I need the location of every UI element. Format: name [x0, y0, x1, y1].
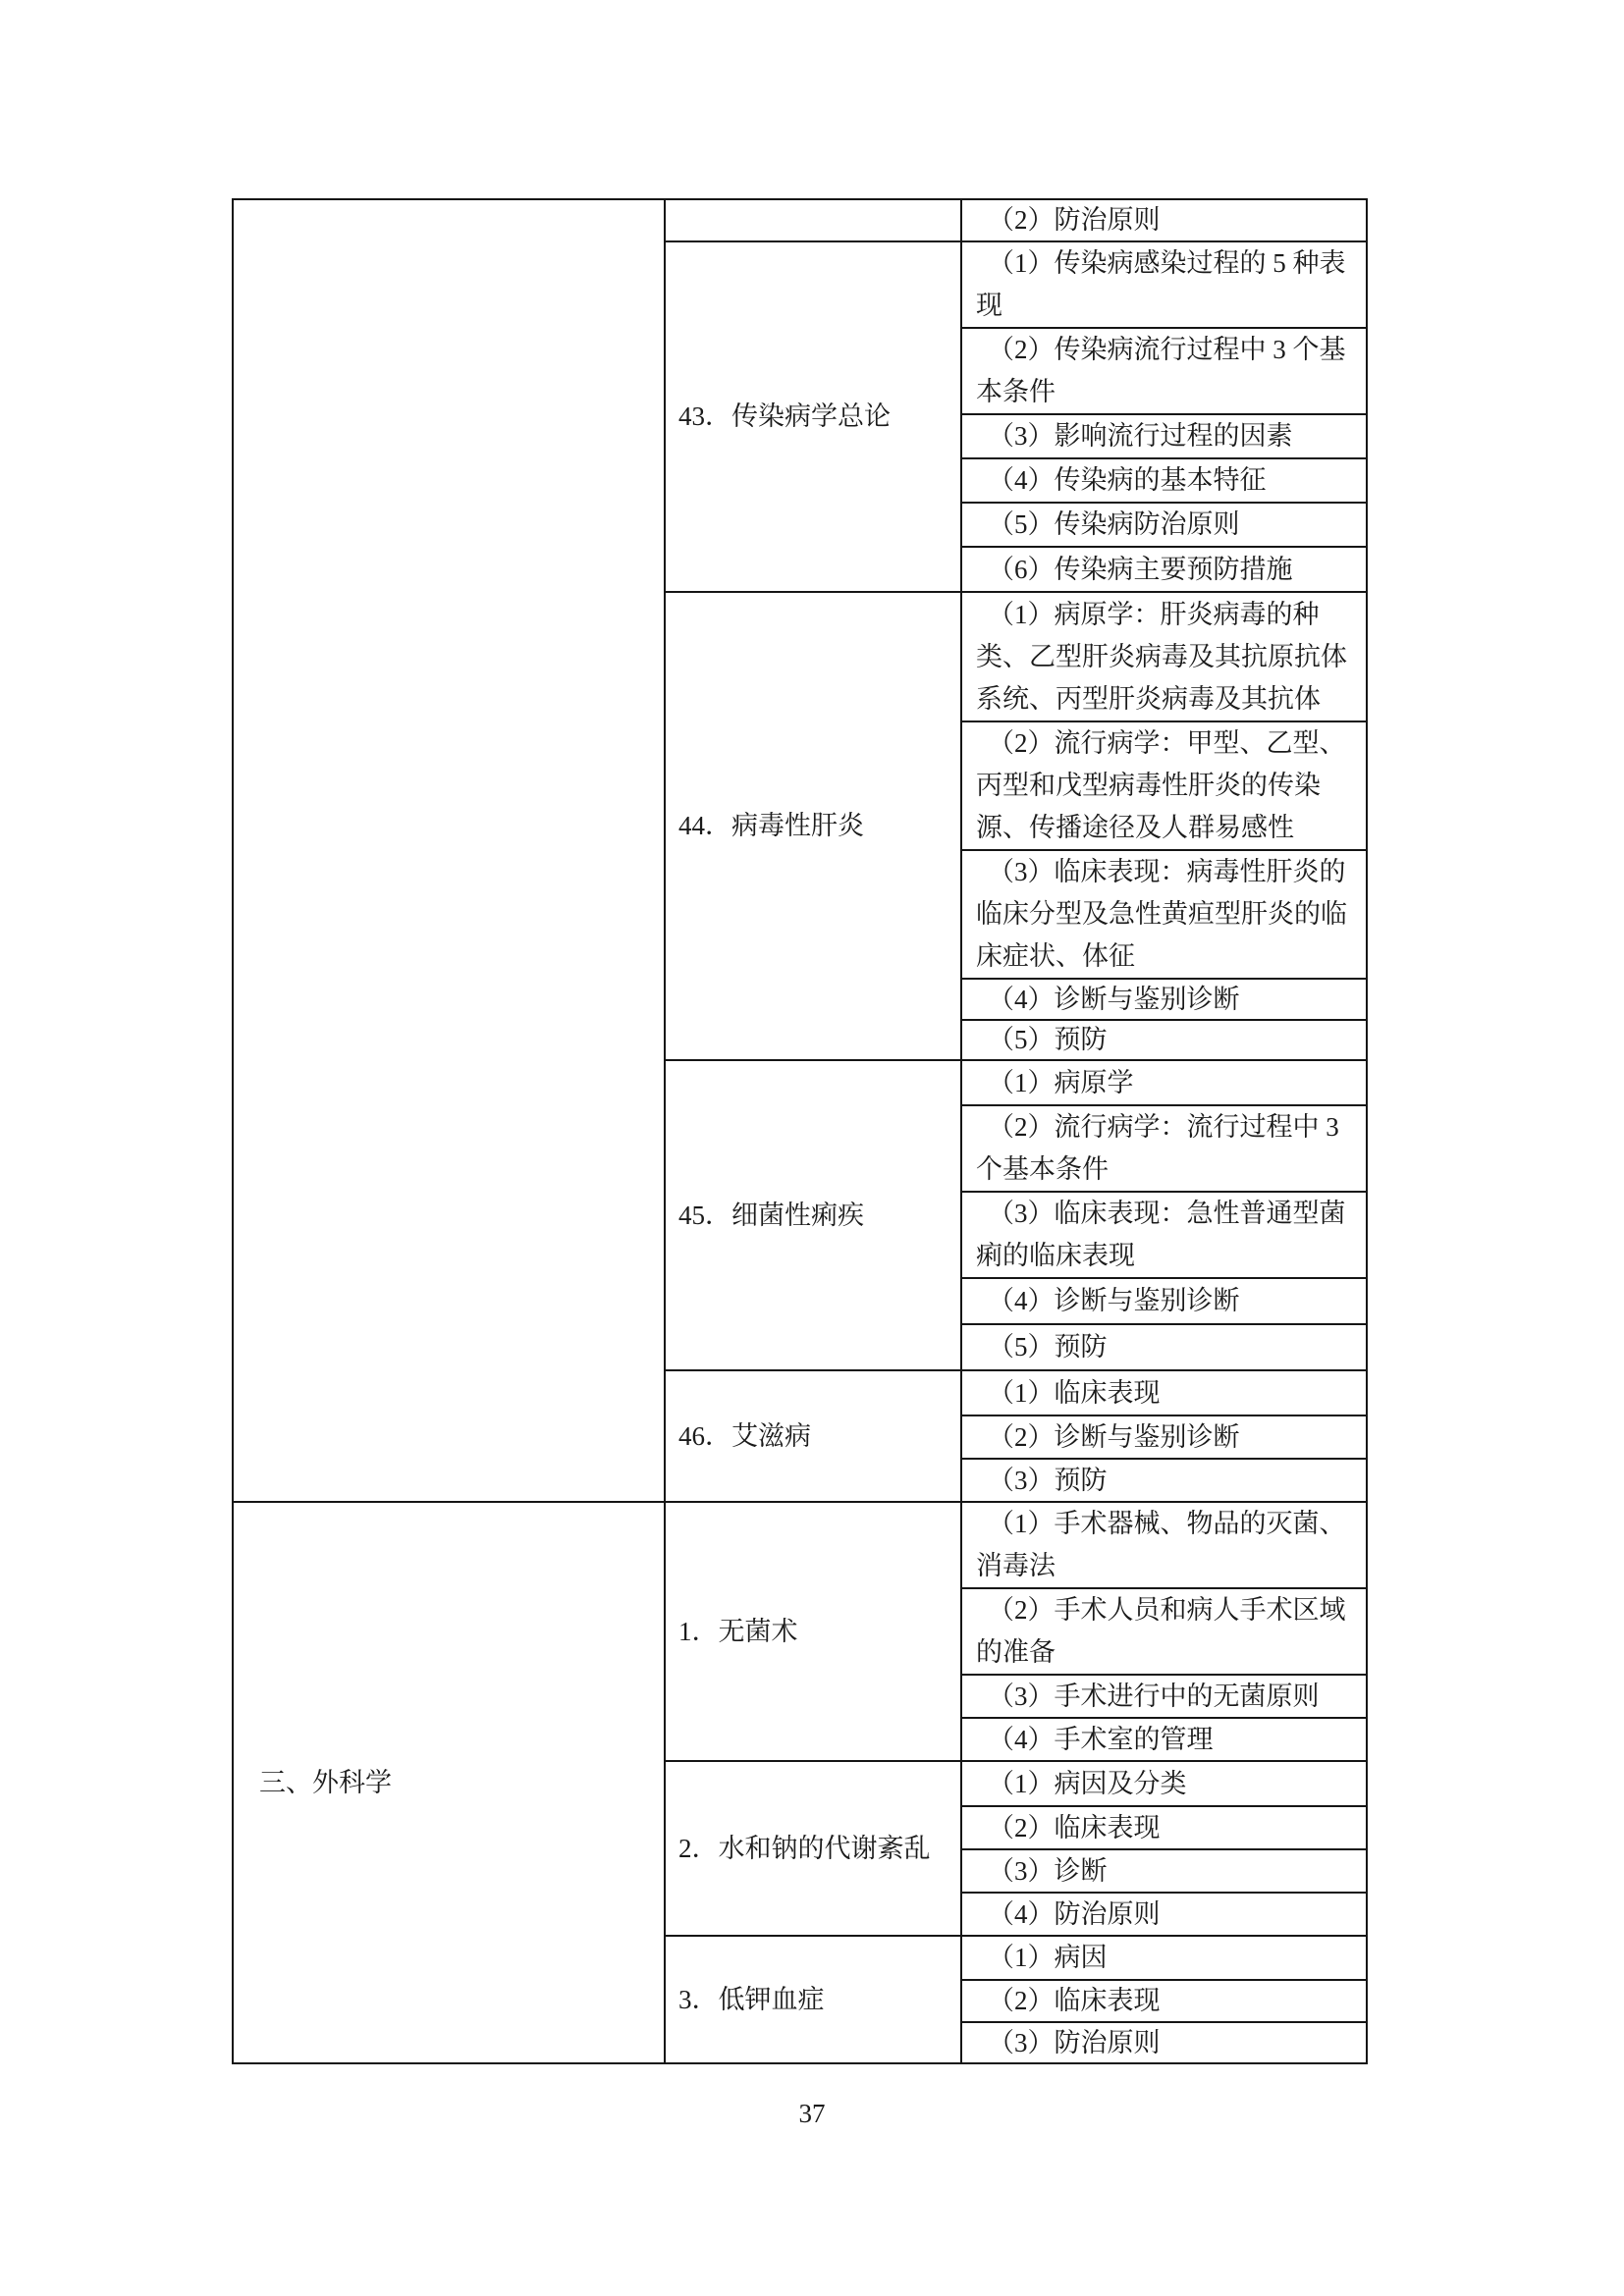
category-label: 三、外科学	[259, 1762, 392, 1804]
syllabus-item: （1）病原学	[962, 1061, 1366, 1104]
items-column: （1）手术器械、物品的灭菌、消毒法 （2）手术人员和病人手术区域的准备 （3）手…	[962, 1503, 1366, 1760]
category-cell	[234, 200, 666, 1501]
syllabus-item: （4）诊断与鉴别诊断	[962, 1277, 1366, 1323]
syllabus-item: （5）预防	[962, 1019, 1366, 1059]
topic-row: 45．细菌性痢疾 （1）病原学 （2）流行病学：流行过程中 3 个基本条件 （3…	[666, 1059, 1366, 1369]
topic-label	[666, 200, 962, 240]
syllabus-item: （2）传染病流行过程中 3 个基本条件	[962, 327, 1366, 413]
syllabus-item: （3）临床表现：急性普通型菌痢的临床表现	[962, 1191, 1366, 1277]
syllabus-item: （3）手术进行中的无菌原则	[962, 1674, 1366, 1717]
syllabus-item: （1）病原学：肝炎病毒的种类、乙型肝炎病毒及其抗原抗体系统、丙型肝炎病毒及其抗体	[962, 593, 1366, 721]
topic-row: 43．传染病学总论 （1）传染病感染过程的 5 种表现 （2）传染病流行过程中 …	[666, 240, 1366, 591]
items-column: （1）病原学 （2）流行病学：流行过程中 3 个基本条件 （3）临床表现：急性普…	[962, 1061, 1366, 1369]
topic-label: 1．无菌术	[666, 1503, 962, 1760]
syllabus-item: （1）传染病感染过程的 5 种表现	[962, 242, 1366, 327]
topic-label: 44．病毒性肝炎	[666, 593, 962, 1059]
syllabus-item: （3）诊断	[962, 1848, 1366, 1892]
syllabus-item: （4）传染病的基本特征	[962, 457, 1366, 502]
syllabus-item: （5）预防	[962, 1323, 1366, 1369]
items-column: （2）防治原则	[962, 200, 1366, 240]
section-row: 三、外科学 1．无菌术 （1）手术器械、物品的灭菌、消毒法 （2）手术人员和病人…	[234, 1501, 1366, 2062]
syllabus-item: （4）防治原则	[962, 1892, 1366, 1935]
syllabus-item: （3）防治原则	[962, 2021, 1366, 2062]
syllabus-item: （2）流行病学：甲型、乙型、丙型和戊型病毒性肝炎的传染源、传播途径及人群易感性	[962, 721, 1366, 849]
topic-row: 1．无菌术 （1）手术器械、物品的灭菌、消毒法 （2）手术人员和病人手术区域的准…	[666, 1503, 1366, 1760]
syllabus-item: （1）病因及分类	[962, 1762, 1366, 1805]
topics-column: 1．无菌术 （1）手术器械、物品的灭菌、消毒法 （2）手术人员和病人手术区域的准…	[666, 1503, 1366, 2062]
items-column: （1）传染病感染过程的 5 种表现 （2）传染病流行过程中 3 个基本条件 （3…	[962, 242, 1366, 591]
items-column: （1）病原学：肝炎病毒的种类、乙型肝炎病毒及其抗原抗体系统、丙型肝炎病毒及其抗体…	[962, 593, 1366, 1059]
document-page: （2）防治原则 43．传染病学总论 （1）传染病感染过程的 5 种表现 （2）传…	[0, 0, 1624, 2296]
items-column: （1）病因 （2）临床表现 （3）防治原则	[962, 1937, 1366, 2062]
syllabus-item: （4）手术室的管理	[962, 1717, 1366, 1760]
topic-row: （2）防治原则	[666, 200, 1366, 240]
syllabus-item: （3）影响流行过程的因素	[962, 413, 1366, 457]
syllabus-item: （5）传染病防治原则	[962, 502, 1366, 546]
topic-label: 45．细菌性痢疾	[666, 1061, 962, 1369]
syllabus-item: （2）临床表现	[962, 1805, 1366, 1848]
category-cell: 三、外科学	[234, 1503, 666, 2062]
items-column: （1）临床表现 （2）诊断与鉴别诊断 （3）预防	[962, 1371, 1366, 1501]
syllabus-item: （2）诊断与鉴别诊断	[962, 1415, 1366, 1458]
items-column: （1）病因及分类 （2）临床表现 （3）诊断 （4）防治原则	[962, 1762, 1366, 1935]
syllabus-item: （1）手术器械、物品的灭菌、消毒法	[962, 1503, 1366, 1587]
syllabus-item: （6）传染病主要预防措施	[962, 546, 1366, 591]
topics-column: （2）防治原则 43．传染病学总论 （1）传染病感染过程的 5 种表现 （2）传…	[666, 200, 1366, 1501]
syllabus-item: （2）临床表现	[962, 1979, 1366, 2021]
topic-row: 3．低钾血症 （1）病因 （2）临床表现 （3）防治原则	[666, 1935, 1366, 2062]
syllabus-table: （2）防治原则 43．传染病学总论 （1）传染病感染过程的 5 种表现 （2）传…	[232, 198, 1368, 2064]
page-number: 37	[0, 2099, 1624, 2129]
syllabus-item: （2）流行病学：流行过程中 3 个基本条件	[962, 1104, 1366, 1191]
topic-label: 43．传染病学总论	[666, 242, 962, 591]
topic-row: 46．艾滋病 （1）临床表现 （2）诊断与鉴别诊断 （3）预防	[666, 1369, 1366, 1501]
topic-label: 2．水和钠的代谢紊乱	[666, 1762, 962, 1935]
topic-row: 44．病毒性肝炎 （1）病原学：肝炎病毒的种类、乙型肝炎病毒及其抗原抗体系统、丙…	[666, 591, 1366, 1059]
syllabus-item: （3）临床表现：病毒性肝炎的临床分型及急性黄疸型肝炎的临床症状、体征	[962, 849, 1366, 978]
syllabus-item: （1）病因	[962, 1937, 1366, 1979]
section-row: （2）防治原则 43．传染病学总论 （1）传染病感染过程的 5 种表现 （2）传…	[234, 200, 1366, 1501]
syllabus-item: （2）手术人员和病人手术区域的准备	[962, 1587, 1366, 1674]
topic-label: 3．低钾血症	[666, 1937, 962, 2062]
topic-label: 46．艾滋病	[666, 1371, 962, 1501]
topic-row: 2．水和钠的代谢紊乱 （1）病因及分类 （2）临床表现 （3）诊断 （4）防治原…	[666, 1760, 1366, 1935]
syllabus-item: （2）防治原则	[962, 200, 1366, 240]
syllabus-item: （4）诊断与鉴别诊断	[962, 978, 1366, 1019]
syllabus-item: （3）预防	[962, 1458, 1366, 1501]
syllabus-item: （1）临床表现	[962, 1371, 1366, 1415]
